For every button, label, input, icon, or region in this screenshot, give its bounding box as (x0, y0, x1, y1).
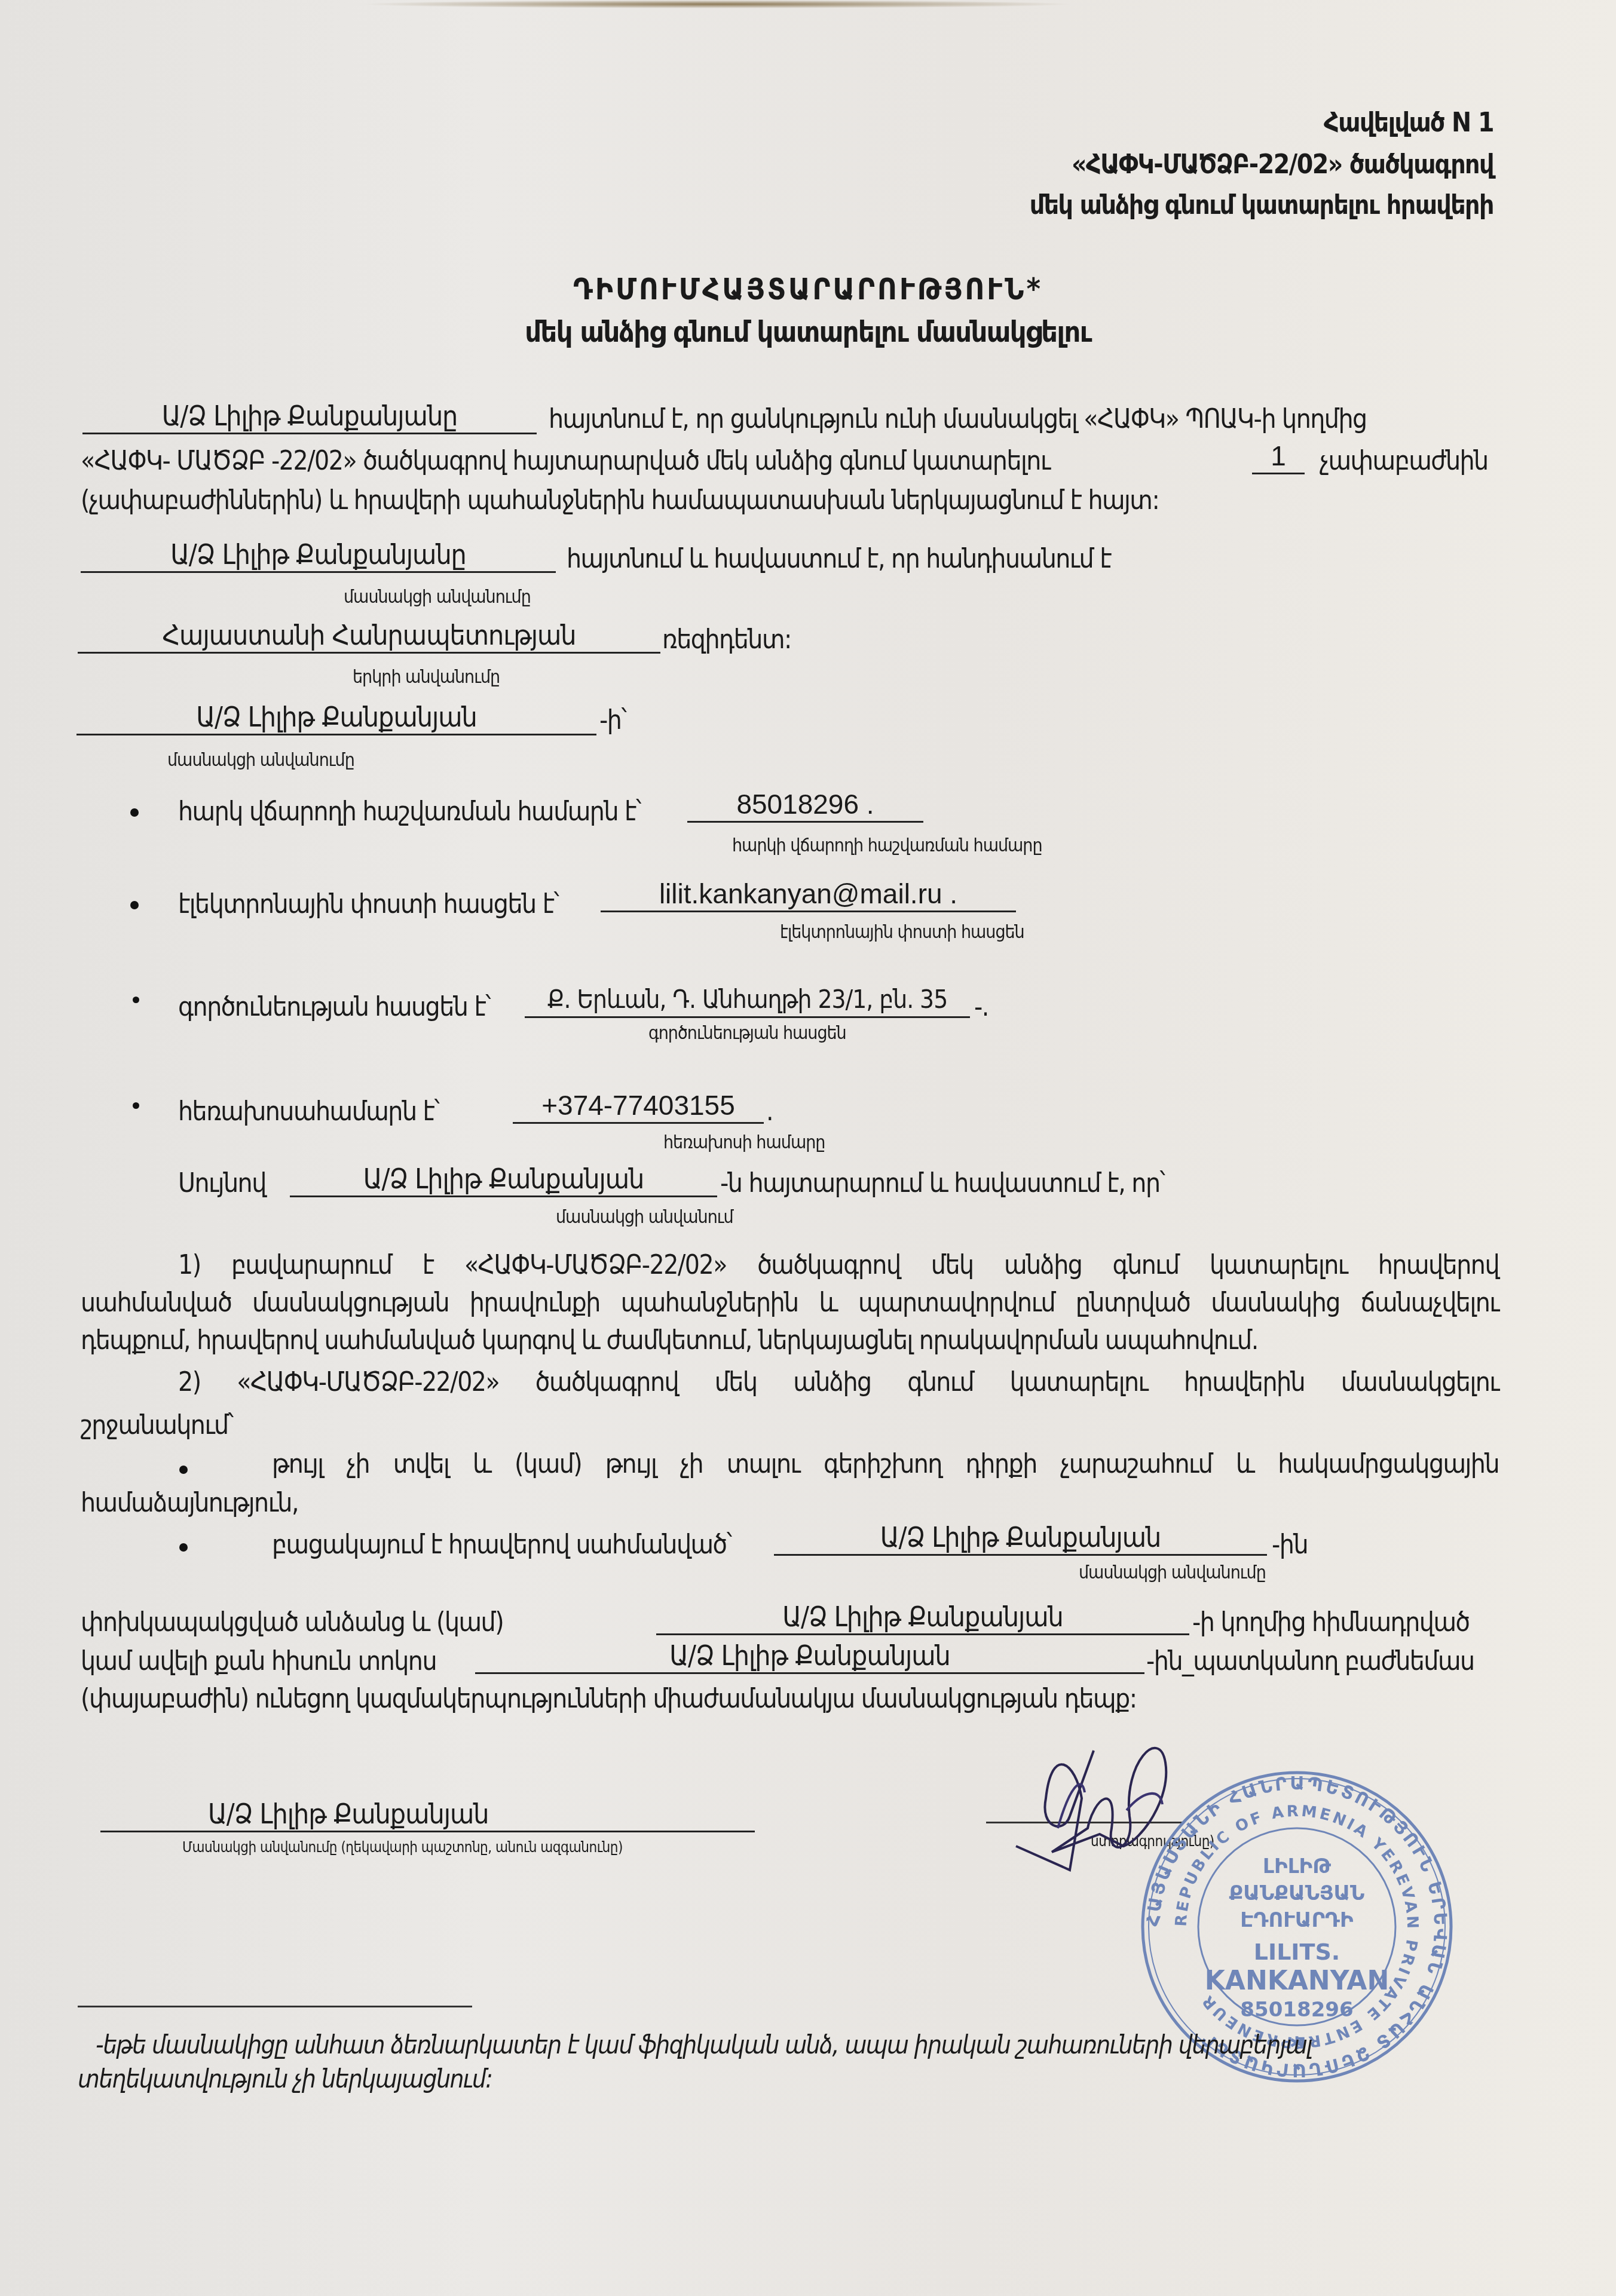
document-title: ԴԻՄՈՒՄՀԱՅՏԱՐԱՐՈՒԹՅՈՒՆ* (0, 272, 1616, 306)
stamp-en-1: LILITS. (1254, 1939, 1340, 1965)
participant2-caption: մասնակցի անվանումը (167, 750, 354, 771)
bullet-icon (133, 997, 139, 1003)
statement-suffix: -ն հայտարարում և հավաստում է, որ՝ (720, 1168, 1164, 1198)
clause2-line1: 2) «ՀԱՓԿ-ՄԱԾՁԲ-22/02» ծածկագրով մեկ անձի… (178, 1367, 1499, 1397)
clause1-line1: 1) բավարարում է «ՀԱՓԿ-ՄԱԾՁԲ-22/02» ծածկա… (178, 1250, 1499, 1280)
participant-name-field: Ա/Ձ Լիլիթ Քանքանյանը (82, 399, 537, 434)
annex-procedure-line: մեկ անձից գնում կատարելու հրավերի (1030, 190, 1493, 220)
clause1-line2: սահմանված մասնակցության իրավունքի պահանջ… (81, 1288, 1499, 1318)
email-caption: էլեկտրոնային փոստի հասցեն (780, 922, 1024, 943)
tax-id-caption: հարկի վճարողի հաշվառման համարը (732, 835, 1042, 856)
clause2-participant-caption: մասնակցի անվանումը (1079, 1562, 1266, 1583)
phone-caption: հեռախոսի համարը (663, 1132, 825, 1153)
clause2-line2: շրջանակում՝ (81, 1410, 233, 1440)
participant-name-field-2: Ա/Ձ Լիլիթ Քանքանյան (76, 700, 596, 735)
footnote-line2: տեղեկատվություն չի ներկայացնում: (78, 2064, 492, 2093)
document-subtitle: մեկ անձից գնում կատարելու մասնակցելու (0, 315, 1616, 349)
address-label: գործունեության հասցեն է՝ (178, 992, 490, 1022)
email-label: էլեկտրոնային փոստի հասցեն է՝ (178, 889, 558, 919)
country-caption: երկրի անվանումը (353, 667, 500, 688)
participant2-suffix: -ի՝ (599, 705, 626, 735)
clause2-bullet2-suffix: -ին (1272, 1529, 1308, 1560)
phone-field: +374-77403155 (513, 1089, 764, 1124)
bullet-icon (179, 1466, 188, 1474)
email-field: lilit.kankanyan@mail.ru . (601, 877, 1016, 912)
stamp-en-2: KANKANYAN (1205, 1966, 1389, 1996)
footnote-line1: -եթե մասնակիցը անհատ ձեռնարկատեր է կամ ֆ… (96, 2030, 1312, 2059)
intro-line2-end: չափաբաժնին (1320, 446, 1488, 476)
affiliated-text: փոխկապակցված անձանց և (կամ) (81, 1607, 503, 1638)
annex-number: Հավելված N 1 (1324, 108, 1493, 138)
paper-edge-shadow (359, 0, 1076, 8)
address-caption: գործունեության հասցեն (648, 1023, 846, 1044)
clause2-participant-field: Ա/Ձ Լիլիթ Քանքանյան (774, 1521, 1267, 1556)
founder-suffix: -ի կողմից հիմնադրված (1192, 1607, 1470, 1638)
intro-line1: հայտնում է, որ ցանկություն ունի մասնակցե… (549, 404, 1367, 434)
bullet-icon (130, 901, 139, 909)
clause2-bullet1-line1: թույլ չի տվել և (կամ) թույլ չի տալու գեր… (272, 1449, 1499, 1479)
signatory-caption: Մասնակցի անվանումը (ղեկավարի պաշտոնը, ան… (182, 1839, 623, 1856)
signatory-name-field: Ա/Ձ Լիլիթ Քանքանյան (100, 1797, 755, 1832)
clause2-bullet1-line2: համաձայնություն, (81, 1488, 298, 1518)
founder-participant-field: Ա/Ձ Լիլիթ Քանքանյան (656, 1600, 1189, 1635)
clause2-bullet2-text: բացակայում է հրավերով սահմանված՝ (272, 1529, 732, 1560)
share-suffix: -ին_պատկանող բաժնեմաս (1146, 1646, 1474, 1676)
tax-id-field: 85018296 . (687, 787, 923, 823)
declaration-text: հայտնում և հավաստում է, որ հանդիսանում է (567, 544, 1111, 574)
bullet-icon (179, 1543, 188, 1552)
address-suffix: -. (974, 992, 988, 1022)
country-field: Հայաստանի Հանրապետության (78, 618, 660, 654)
share-text: կամ ավելի քան հիսուն տոկոս (81, 1646, 436, 1676)
phone-suffix: . (766, 1096, 773, 1127)
intro-line2: «ՀԱՓԿ- ՄԱԾՁԲ -22/02» ծածկագրով հայտարարվ… (81, 446, 1050, 476)
stamp-id: 85018296 (1240, 1998, 1353, 2022)
stamp-arm-2: ՔԱՆՔԱՆՅԱՆ (1229, 1881, 1365, 1905)
bullet-icon (133, 1102, 139, 1109)
statement-participant-field: Ա/Ձ Լիլիթ Քանքանյան (290, 1162, 717, 1197)
declaration-participant-field: Ա/Ձ Լիլիթ Քանքանյանը (81, 538, 556, 573)
country-suffix: ռեզիդենտ: (662, 624, 791, 655)
share-participant-field: Ա/Ձ Լիլիթ Քանքանյան (475, 1639, 1144, 1674)
stamp-arm-1: ԼԻԼԻԹ (1263, 1854, 1331, 1878)
statement-prefix: Սույնով (178, 1168, 266, 1198)
footnote-divider (78, 2006, 472, 2007)
stamp-arm-3: ԷԴՈՒԱՐԴԻ (1240, 1908, 1354, 1932)
bullet-icon (130, 808, 139, 817)
intro-line3: (չափաբաժիններին) և հրավերի պահանջներին հ… (81, 485, 1159, 516)
statement-caption: մասնակցի անվանում (556, 1207, 733, 1228)
paragraph3-line3: (փայաբաժին) ունեցող կազմակերպությունների… (81, 1684, 1137, 1714)
lot-count-field: 1 (1252, 439, 1305, 474)
address-field: Ք. Երևան, Դ. Անհաղթի 23/1, բն. 35 (525, 983, 970, 1018)
tax-id-label: հարկ վճարողի հաշվառման համարն է՝ (178, 796, 641, 827)
clause1-line3: դեպքում, հրավերով սահմանված կարգով և ժամ… (81, 1325, 1258, 1356)
annex-code-line: «ՀԱՓԿ-ՄԱԾՁԲ-22/02» ծածկագրով (1072, 149, 1493, 180)
participant-caption: մասնակցի անվանումը (344, 587, 531, 608)
phone-label: հեռախոսահամարն է՝ (178, 1096, 439, 1127)
